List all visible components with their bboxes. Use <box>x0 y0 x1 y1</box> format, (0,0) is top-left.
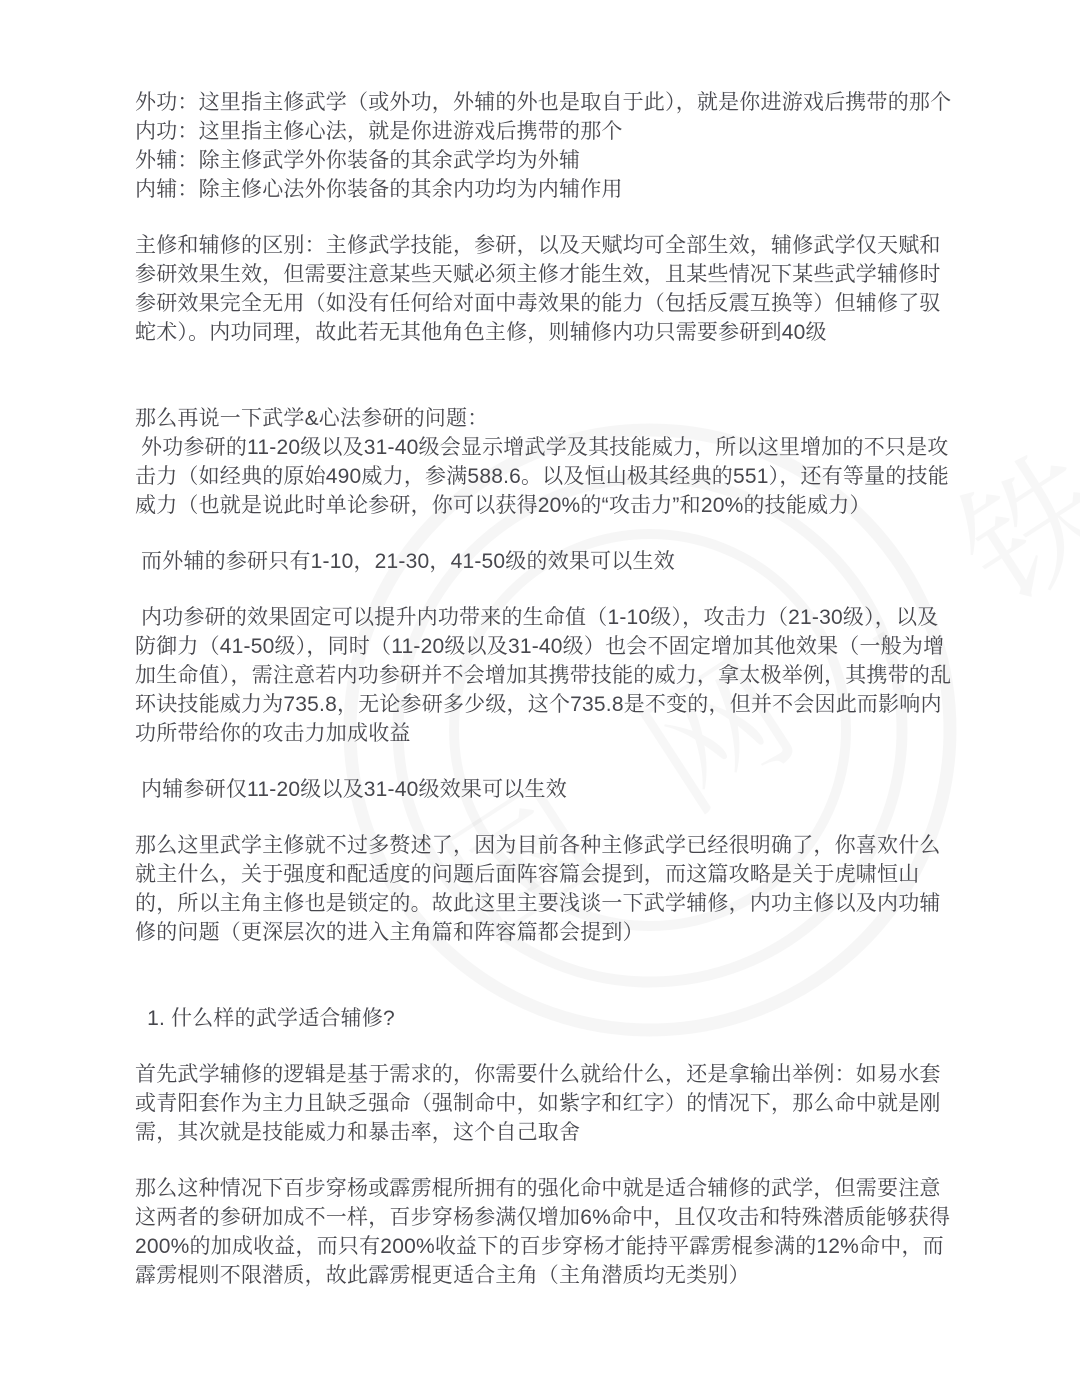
research-intro-paragraph: 那么再说一下武学&心法参研的问题： 外功参研的11-20级以及31-40级会显示… <box>135 404 955 520</box>
internal-aux-research-paragraph: 内辅参研仅11-20级以及31-40级效果可以生效 <box>135 775 955 804</box>
aux-logic-paragraph: 首先武学辅修的逻辑是基于需求的，你需要什么就给什么，还是拿输出举例：如易水套或青… <box>135 1060 955 1147</box>
main-vs-aux-difference-paragraph: 主修和辅修的区别：主修武学技能，参研，以及天赋均可全部生效，辅修武学仅天赋和参研… <box>135 231 955 347</box>
internal-research-paragraph: 内功参研的效果固定可以提升内功带来的生命值（1-10级），攻击力（21-30级）… <box>135 603 955 748</box>
document-page: 国 网 · 铁 外功：这里指主修武学（或外功，外辅的外也是取自于此），就是你进游… <box>0 0 1080 1398</box>
external-aux-research-paragraph: 而外辅的参研只有1-10，21-30，41-50级的效果可以生效 <box>135 547 955 576</box>
main-practice-summary-paragraph: 那么这里武学主修就不过多赘述了，因为目前各种主修武学已经很明确了，你喜欢什么就主… <box>135 831 955 947</box>
article-body: 外功：这里指主修武学（或外功，外辅的外也是取自于此），就是你进游戏后携带的那个 … <box>135 88 955 1290</box>
baibu-pili-comparison-paragraph: 那么这种情况下百步穿杨或霹雳棍所拥有的强化命中就是适合辅修的武学，但需要注意这两… <box>135 1174 955 1290</box>
question-1-heading: 1. 什么样的武学适合辅修? <box>135 1004 955 1033</box>
definitions-paragraph: 外功：这里指主修武学（或外功，外辅的外也是取自于此），就是你进游戏后携带的那个 … <box>135 88 955 204</box>
